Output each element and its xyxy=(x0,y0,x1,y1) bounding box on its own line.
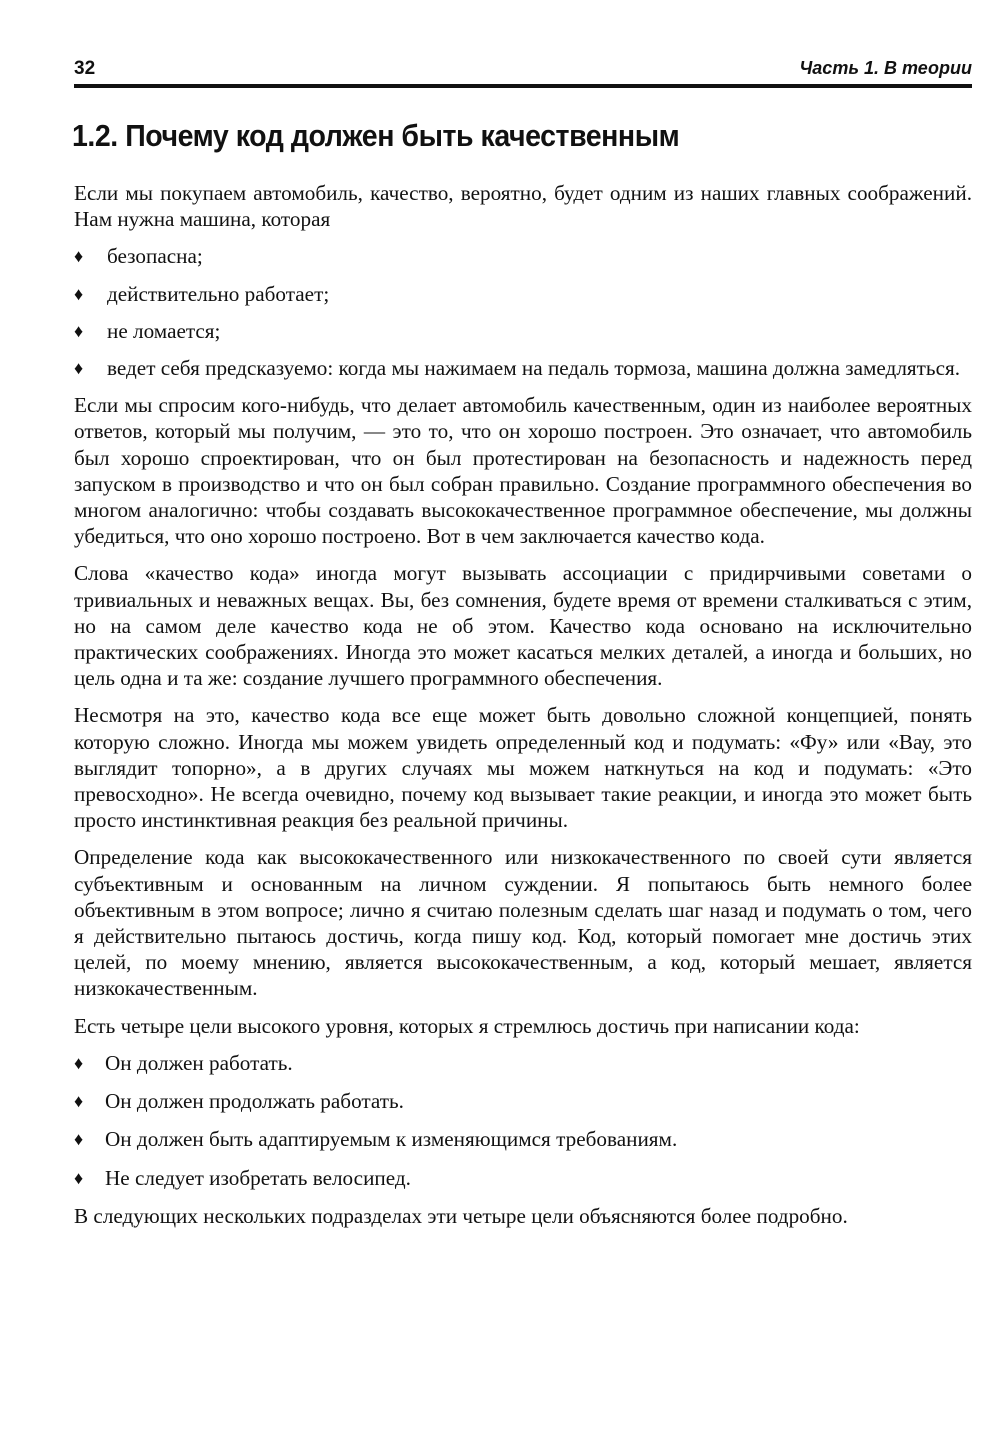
page-number: 32 xyxy=(74,58,95,80)
paragraph: Несмотря на это, качество кода все еще м… xyxy=(74,702,972,833)
diamond-bullet-icon: ♦ xyxy=(74,243,83,269)
diamond-bullet-icon: ♦ xyxy=(74,318,83,344)
diamond-bullet-icon: ♦ xyxy=(74,1088,83,1114)
header-rule xyxy=(74,84,972,88)
list-item: ♦Он должен продолжать работать. xyxy=(74,1088,972,1114)
list-item: ♦ведет себя предсказуемо: когда мы нажим… xyxy=(74,355,972,381)
list-item: ♦Он должен быть адаптируемым к изменяющи… xyxy=(74,1126,972,1152)
diamond-bullet-icon: ♦ xyxy=(74,281,83,307)
paragraph: Определение кода как высококачественного… xyxy=(74,844,972,1001)
list-item: ♦действительно работает; xyxy=(74,281,972,307)
paragraph: Есть четыре цели высокого уровня, которы… xyxy=(74,1013,972,1039)
paragraph: Слова «качество кода» иногда могут вызыв… xyxy=(74,560,972,691)
list-item: ♦безопасна; xyxy=(74,243,972,269)
list-item: ♦Не следует изобретать велосипед. xyxy=(74,1165,972,1191)
diamond-bullet-icon: ♦ xyxy=(74,1126,83,1152)
diamond-bullet-icon: ♦ xyxy=(74,355,83,381)
paragraph: Если мы спросим кого-нибудь, что делает … xyxy=(74,392,972,549)
body-text: Если мы покупаем автомобиль, качество, в… xyxy=(74,180,972,1229)
diamond-bullet-icon: ♦ xyxy=(74,1165,83,1191)
book-page: 32 Часть 1. В теории 1.2. Почему код дол… xyxy=(74,52,972,1240)
list-item: ♦Он должен работать. xyxy=(74,1050,972,1076)
list-item: ♦не ломается; xyxy=(74,318,972,344)
code-goals-list: ♦Он должен работать. ♦Он должен продолжа… xyxy=(74,1050,972,1191)
running-head: 32 Часть 1. В теории xyxy=(74,52,972,82)
section-title: 1.2. Почему код должен быть качественным xyxy=(72,118,900,154)
car-requirements-list: ♦безопасна; ♦действительно работает; ♦не… xyxy=(74,243,972,381)
diamond-bullet-icon: ♦ xyxy=(74,1050,83,1076)
closing-paragraph: В следующих нескольких подразделах эти ч… xyxy=(74,1203,972,1229)
chapter-title: Часть 1. В теории xyxy=(800,58,972,79)
intro-paragraph: Если мы покупаем автомобиль, качество, в… xyxy=(74,180,972,232)
